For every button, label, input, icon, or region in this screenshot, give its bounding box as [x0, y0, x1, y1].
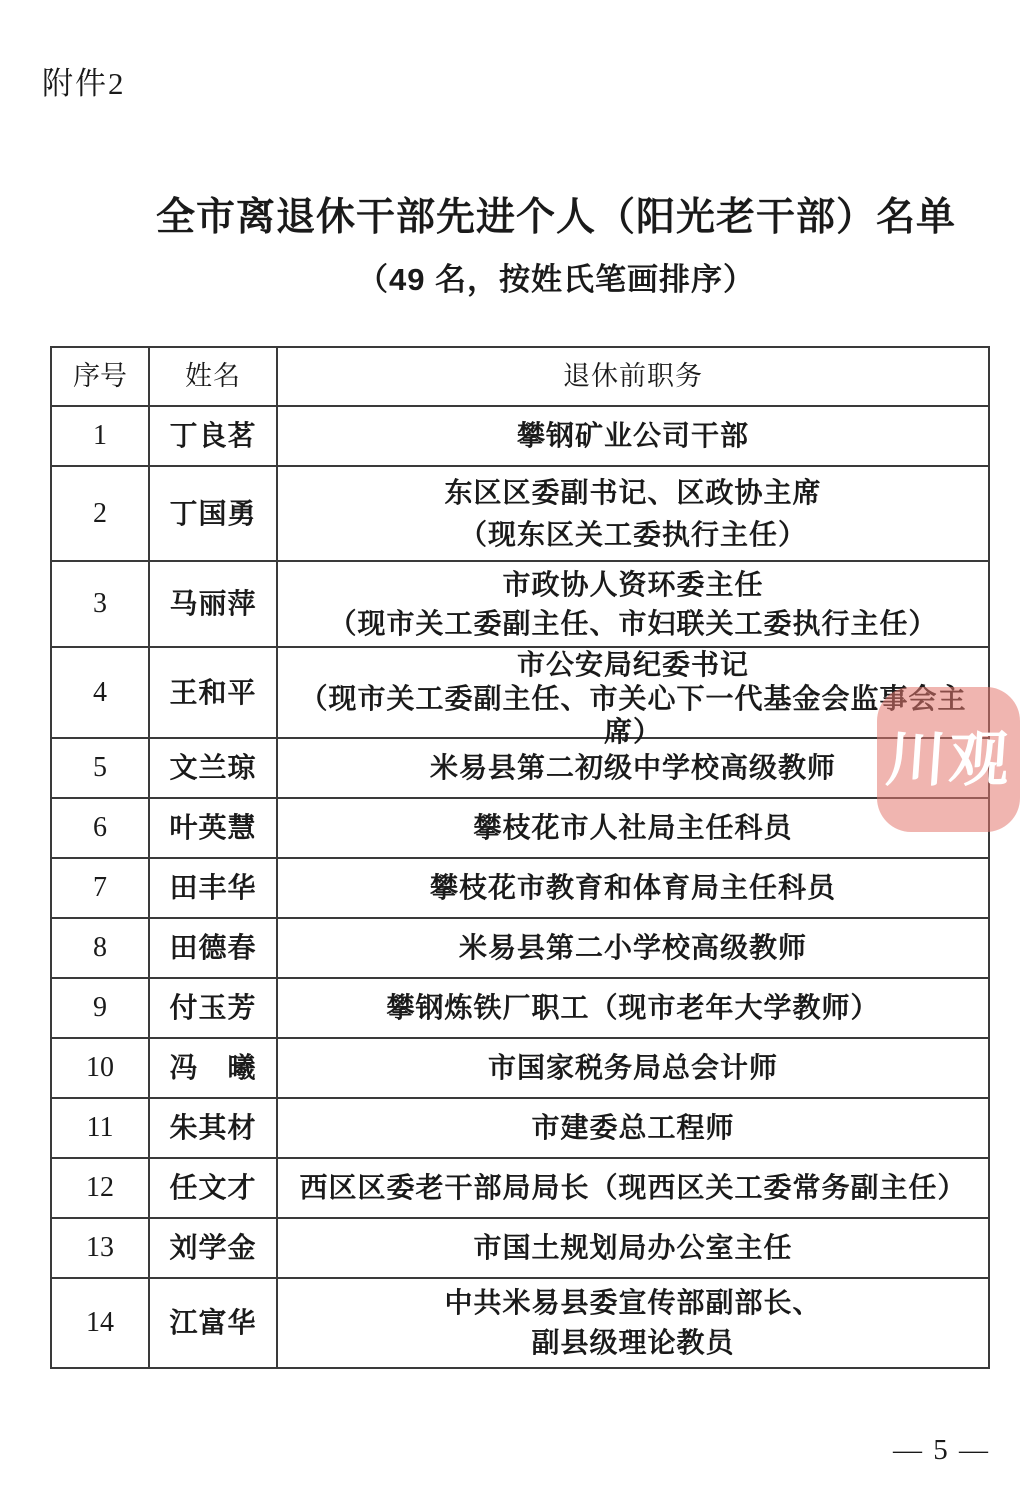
cell-name: 朱其材 — [150, 1099, 278, 1157]
cadre-table: 序号 姓名 退休前职务 1 丁良茗 攀钢矿业公司干部 2 丁国勇 东区区委副书记… — [50, 346, 990, 1369]
cell-no: 2 — [52, 467, 150, 560]
cell-position: 市政协人资环委主任 （现市关工委副主任、市妇联关工委执行主任） — [278, 562, 988, 646]
cell-name: 马丽萍 — [150, 562, 278, 646]
cell-position: 市国家税务局总会计师 — [278, 1039, 988, 1097]
table-row: 7 田丰华 攀枝花市教育和体育局主任科员 — [52, 859, 988, 919]
cell-no: 6 — [52, 799, 150, 857]
cell-name: 叶英慧 — [150, 799, 278, 857]
table-row: 9 付玉芳 攀钢炼铁厂职工（现市老年大学教师） — [52, 979, 988, 1039]
cell-name: 刘学金 — [150, 1219, 278, 1277]
cell-no: 1 — [52, 407, 150, 465]
page-number: — 5 — — [893, 1434, 990, 1467]
cell-name: 田德春 — [150, 919, 278, 977]
header-position: 退休前职务 — [278, 348, 988, 405]
cell-no: 13 — [52, 1219, 150, 1277]
cell-position: 攀钢炼铁厂职工（现市老年大学教师） — [278, 979, 988, 1037]
cell-position: 东区区委副书记、区政协主席 （现东区关工委执行主任） — [278, 467, 988, 560]
cell-position: 市建委总工程师 — [278, 1099, 988, 1157]
cell-no: 11 — [52, 1099, 150, 1157]
cell-name: 付玉芳 — [150, 979, 278, 1037]
cell-name: 丁国勇 — [150, 467, 278, 560]
cell-no: 3 — [52, 562, 150, 646]
table-row: 6 叶英慧 攀枝花市人社局主任科员 — [52, 799, 988, 859]
cell-no: 14 — [52, 1279, 150, 1367]
cell-name: 任文才 — [150, 1159, 278, 1217]
cell-no: 8 — [52, 919, 150, 977]
cell-position: 中共米易县委宣传部副部长、 副县级理论教员 — [278, 1279, 988, 1367]
chuanguan-watermark-text: 川观 — [883, 730, 1013, 790]
cell-position: 西区区委老干部局局长（现西区关工委常务副主任） — [278, 1159, 988, 1217]
page-title: 全市离退休干部先进个人（阳光老干部）名单 — [0, 186, 1024, 242]
cell-name: 王和平 — [150, 648, 278, 737]
table-row: 1 丁良茗 攀钢矿业公司干部 — [52, 407, 988, 467]
cell-name: 文兰琼 — [150, 739, 278, 797]
chuanguan-watermark-badge: 川观 — [877, 687, 1020, 832]
table-row: 11 朱其材 市建委总工程师 — [52, 1099, 988, 1159]
cell-name: 田丰华 — [150, 859, 278, 917]
document-page: 附件2 全市离退休干部先进个人（阳光老干部）名单 （49 名，按姓氏笔画排序） … — [0, 0, 1024, 1496]
table-row: 10 冯 曦 市国家税务局总会计师 — [52, 1039, 988, 1099]
cell-name: 丁良茗 — [150, 407, 278, 465]
table-row: 8 田德春 米易县第二小学校高级教师 — [52, 919, 988, 979]
table-row: 3 马丽萍 市政协人资环委主任 （现市关工委副主任、市妇联关工委执行主任） — [52, 562, 988, 648]
table-row: 2 丁国勇 东区区委副书记、区政协主席 （现东区关工委执行主任） — [52, 467, 988, 562]
cell-no: 7 — [52, 859, 150, 917]
table-row: 12 任文才 西区区委老干部局局长（现西区关工委常务副主任） — [52, 1159, 988, 1219]
cell-name: 江富华 — [150, 1279, 278, 1367]
attachment-label: 附件2 — [42, 58, 126, 103]
table-row: 13 刘学金 市国土规划局办公室主任 — [52, 1219, 988, 1279]
cell-position: 攀钢矿业公司干部 — [278, 407, 988, 465]
page-subtitle: （49 名，按姓氏笔画排序） — [0, 254, 1024, 299]
cell-no: 10 — [52, 1039, 150, 1097]
header-name: 姓名 — [150, 348, 278, 405]
cell-position: 攀枝花市教育和体育局主任科员 — [278, 859, 988, 917]
cell-no: 9 — [52, 979, 150, 1037]
cell-position: 市国土规划局办公室主任 — [278, 1219, 988, 1277]
cell-name: 冯 曦 — [150, 1039, 278, 1097]
table-row: 14 江富华 中共米易县委宣传部副部长、 副县级理论教员 — [52, 1279, 988, 1367]
cell-no: 12 — [52, 1159, 150, 1217]
table-header-row: 序号 姓名 退休前职务 — [52, 348, 988, 407]
header-no: 序号 — [52, 348, 150, 405]
table-row: 4 王和平 市公安局纪委书记 （现市关工委副主任、市关心下一代基金会监事会主席） — [52, 648, 988, 739]
cell-position: 米易县第二小学校高级教师 — [278, 919, 988, 977]
cell-no: 5 — [52, 739, 150, 797]
table-row: 5 文兰琼 米易县第二初级中学校高级教师 — [52, 739, 988, 799]
cell-no: 4 — [52, 648, 150, 737]
